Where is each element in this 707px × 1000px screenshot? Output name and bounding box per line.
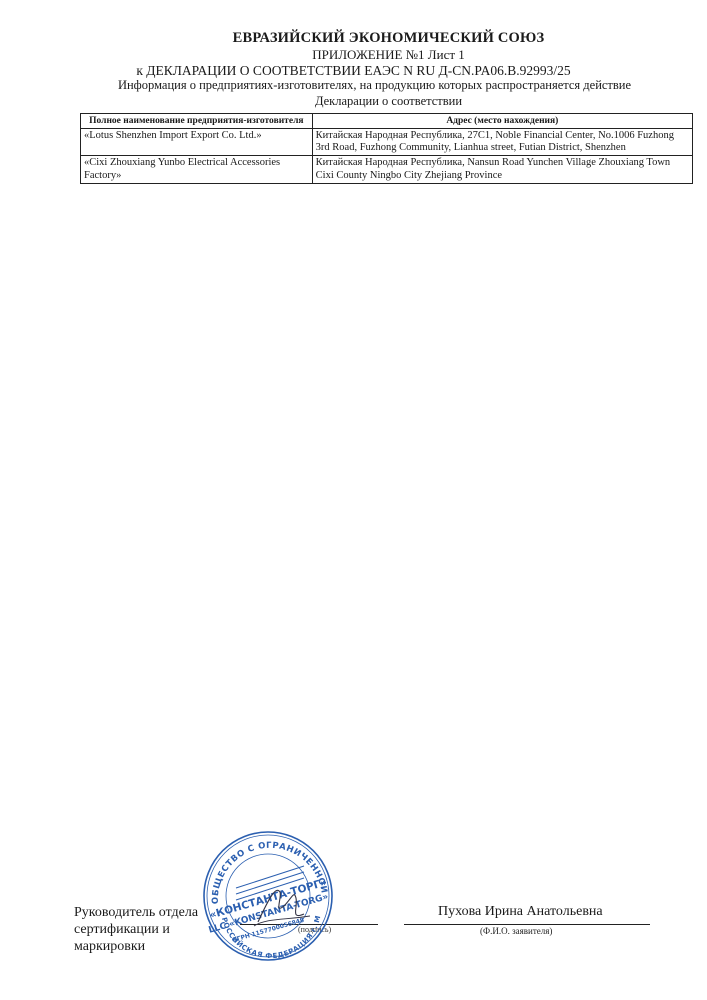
document-header: ЕВРАЗИЙСКИЙ ЭКОНОМИЧЕСКИЙ СОЮЗ ПРИЛОЖЕНИ… (0, 30, 707, 109)
position-line-3: маркировки (74, 938, 198, 955)
manufacturer-address: Китайская Народная Республика, 27C1, Nob… (312, 129, 692, 156)
document-title: ЕВРАЗИЙСКИЙ ЭКОНОМИЧЕСКИЙ СОЮЗ (70, 30, 707, 47)
table-row: «Lotus Shenzhen Import Export Co. Ltd.» … (81, 129, 693, 156)
company-seal-stamp-icon: ОБЩЕСТВО С ОГРАНИЧЕННОЙ ОТВЕТСТВЕННОСТЬЮ… (200, 826, 336, 966)
table-row: «Cixi Zhouxiang Yunbo Electrical Accesso… (81, 156, 693, 183)
applicant-name-line (404, 924, 650, 925)
applicant-caption: (Ф.И.О. заявителя) (480, 926, 552, 936)
declaration-number: к ДЕКЛАРАЦИИ О СООТВЕТСТВИИ ЕАЭС N RU Д-… (0, 63, 707, 79)
table-header-row: Полное наименование предприятия-изготови… (81, 114, 693, 129)
manufacturer-address: Китайская Народная Республика, Nansun Ro… (312, 156, 692, 183)
appendix-label: ПРИЛОЖЕНИЕ №1 Лист 1 (70, 47, 707, 63)
position-line-1: Руководитель отдела (74, 904, 198, 921)
info-line-1: Информация о предприятиях-изготовителях,… (42, 78, 707, 94)
header-address: Адрес (место нахождения) (312, 114, 692, 129)
position-line-2: сертификации и (74, 921, 198, 938)
applicant-name: Пухова Ирина Анатольевна (438, 904, 603, 920)
header-manufacturer-name: Полное наименование предприятия-изготови… (81, 114, 313, 129)
manufacturer-name: «Cixi Zhouxiang Yunbo Electrical Accesso… (81, 156, 313, 183)
info-line-2: Декларации о соответствии (70, 94, 707, 110)
manufacturer-name: «Lotus Shenzhen Import Export Co. Ltd.» (81, 129, 313, 156)
signatory-position: Руководитель отдела сертификации и марки… (74, 904, 198, 955)
manufacturers-table: Полное наименование предприятия-изготови… (80, 113, 693, 184)
